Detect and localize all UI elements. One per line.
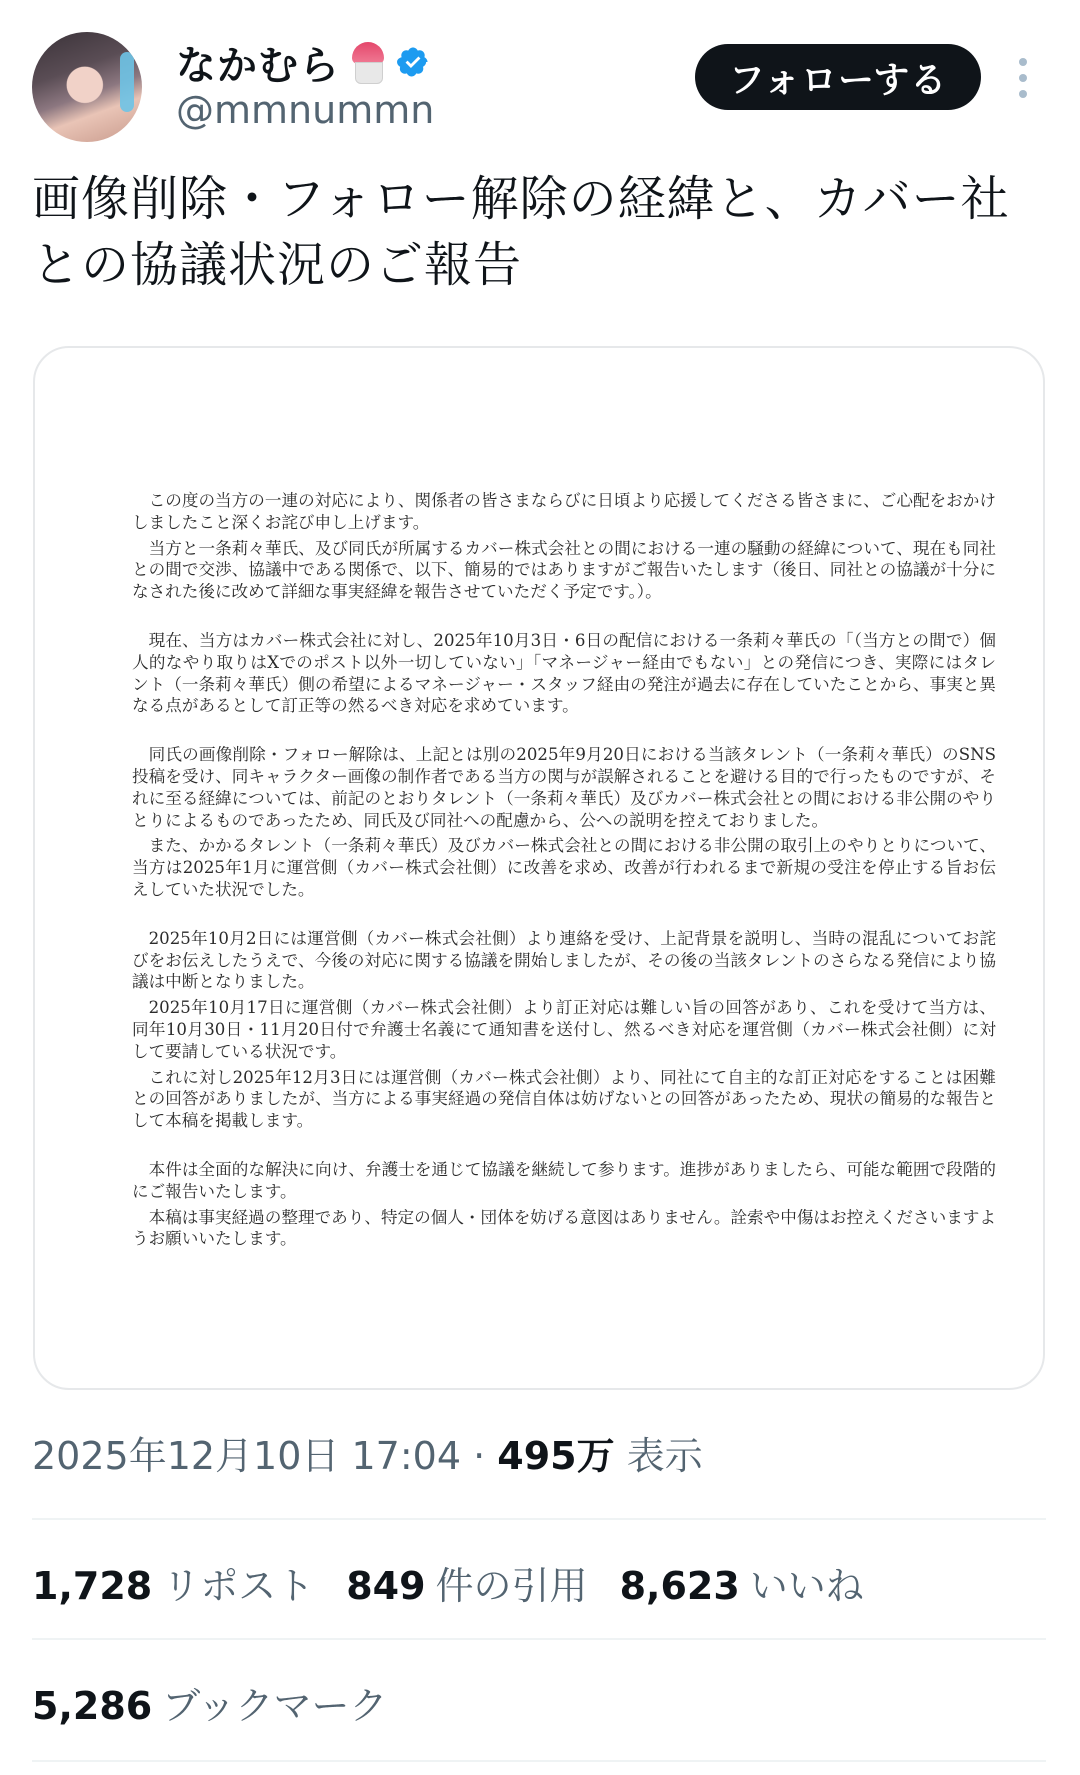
post-meta: 2025年12月10日 17:04 · 495万 表示 (32, 1425, 703, 1480)
verified-badge-icon[interactable] (396, 45, 430, 79)
timestamp[interactable]: 2025年12月10日 17:04 (32, 1434, 461, 1478)
divider (32, 1760, 1046, 1762)
post-header: なかむら @mmnummn フォローする (0, 0, 1080, 160)
statement-document: この度の当方の一連の対応により、関係者の皆さまならびに日頃より応援してくださる皆… (132, 490, 996, 1250)
quotes-link[interactable]: 849件の引用 (346, 1555, 587, 1610)
likes-label: いいね (750, 1564, 864, 1608)
bookmarks-link[interactable]: 5,286ブックマーク (32, 1675, 388, 1730)
views-label: 表示 (627, 1434, 703, 1478)
likes-link[interactable]: 8,623いいね (620, 1555, 864, 1610)
more-vertical-icon[interactable] (1014, 58, 1032, 98)
quotes-count: 849 (346, 1564, 425, 1608)
post-text-line: との協議状況のご報告 (32, 232, 1042, 298)
divider (32, 1638, 1046, 1640)
doc-paragraph: この度の当方の一連の対応により、関係者の皆さまならびに日頃より応援してくださる皆… (132, 490, 996, 534)
meta-separator: · (473, 1434, 485, 1478)
avatar[interactable] (32, 32, 142, 142)
author-handle[interactable]: @mmnummn (176, 88, 434, 132)
author-name-row: なかむら (176, 34, 430, 90)
views-count: 495万 (497, 1434, 614, 1478)
likes-count: 8,623 (620, 1564, 740, 1608)
attached-image[interactable]: この度の当方の一連の対応により、関係者の皆さまならびに日頃より応援してくださる皆… (33, 346, 1045, 1390)
reposts-label: リポスト (162, 1564, 314, 1608)
doc-paragraph: 本件は全面的な解決に向け、弁護士を通じて協議を継続して参ります。進捗がありました… (132, 1159, 996, 1203)
shaved-ice-icon (348, 40, 388, 84)
quotes-label: 件の引用 (436, 1564, 588, 1608)
doc-paragraph: 同氏の画像削除・フォロー解除は、上記とは別の2025年9月20日における当該タレ… (132, 744, 996, 831)
reposts-count: 1,728 (32, 1564, 152, 1608)
doc-paragraph: 当方と一条莉々華氏、及び同氏が所属するカバー株式会社との間における一連の騒動の経… (132, 538, 996, 603)
doc-paragraph: また、かかるタレント（一条莉々華氏）及びカバー株式会社との間における非公開の取引… (132, 835, 996, 900)
display-name[interactable]: なかむら (176, 34, 340, 91)
reposts-link[interactable]: 1,728リポスト (32, 1555, 314, 1610)
divider (32, 1518, 1046, 1520)
doc-paragraph: 2025年10月2日には運営側（カバー株式会社側）より連絡を受け、上記背景を説明… (132, 928, 996, 993)
follow-button[interactable]: フォローする (695, 44, 981, 110)
doc-paragraph: 現在、当方はカバー株式会社に対し、2025年10月3日・6日の配信における一条莉… (132, 630, 996, 717)
doc-paragraph: 本稿は事実経過の整理であり、特定の個人・団体を妨げる意図はありません。詮索や中傷… (132, 1207, 996, 1251)
post-text: 画像削除・フォロー解除の経緯と、カバー社 との協議状況のご報告 (32, 166, 1042, 298)
doc-paragraph: これに対し2025年12月3日には運営側（カバー株式会社側）より、同社にて自主的… (132, 1067, 996, 1132)
bookmarks-count: 5,286 (32, 1684, 152, 1728)
doc-paragraph: 2025年10月17日に運営側（カバー株式会社側）より訂正対応は難しい旨の回答が… (132, 997, 996, 1062)
engagement-stats: 1,728リポスト 849件の引用 8,623いいね (32, 1555, 864, 1610)
bookmarks-label: ブックマーク (162, 1684, 387, 1728)
post-text-line: 画像削除・フォロー解除の経緯と、カバー社 (32, 166, 1042, 232)
